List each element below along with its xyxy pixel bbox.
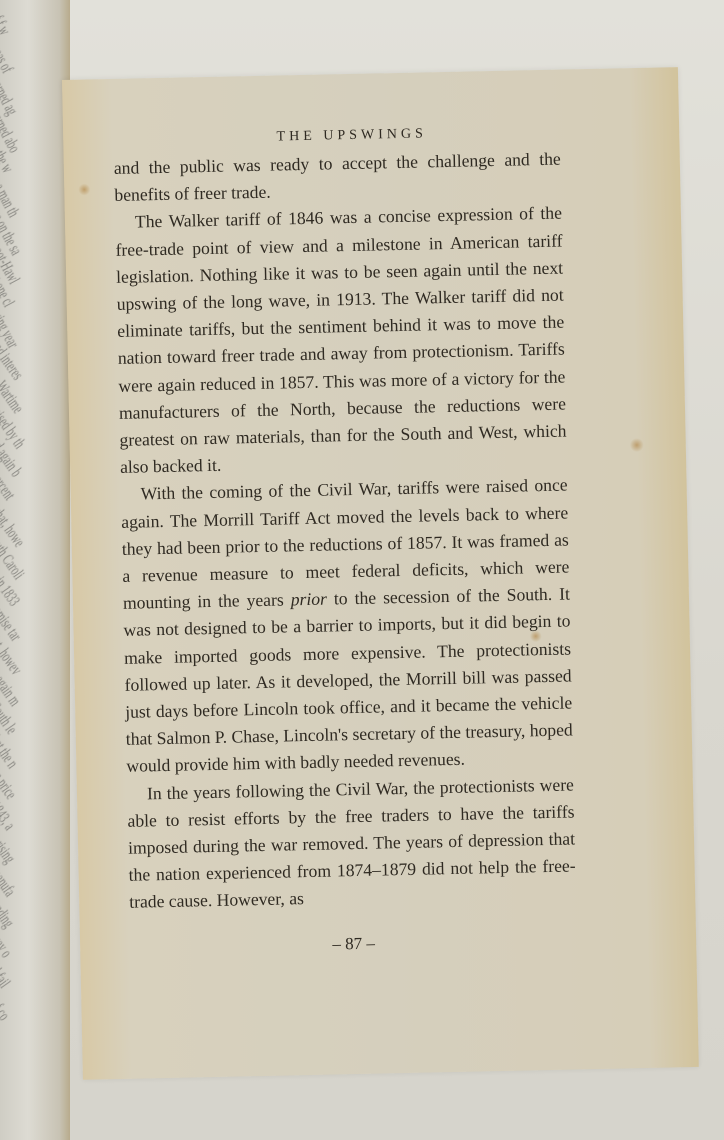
left-facing-page: c f f wareas ofwarned agwarned aboto the… [0, 0, 70, 1140]
page-number: – 87 – [130, 929, 577, 958]
left-page-text-fragment: of co [0, 996, 14, 1024]
paragraph-3: With the coming of the Civil War, tariff… [120, 472, 573, 781]
page-text-block: THE UPSWINGS and the public was ready to… [113, 124, 577, 959]
left-page-text-fragment: manufa [0, 864, 20, 901]
left-page-text-fragment: way o [0, 930, 16, 962]
paragraph-4: In the years following the Civil War, th… [127, 771, 577, 916]
left-page-text-fragment: areas of [0, 39, 17, 77]
left-page-text-fragment: 1843, a [0, 798, 19, 834]
left-page-text-fragment: en price [0, 765, 21, 803]
left-page-text-fragment: onding [0, 897, 18, 932]
running-head: THE UPSWINGS [113, 124, 560, 149]
left-page-text-fragment: d fail [0, 963, 14, 992]
left-page-text-fragment: e rising [0, 831, 19, 867]
page-stain [78, 183, 90, 195]
paragraph-3-text-b: to the secession of the South. It was no… [123, 584, 573, 777]
paragraph-1: and the public was ready to accept the c… [114, 146, 562, 210]
italic-word: prior [291, 589, 328, 610]
left-page-text-fragment: c f f w [0, 6, 14, 39]
page-stain [630, 438, 644, 452]
book-page: THE UPSWINGS and the public was ready to… [62, 67, 699, 1080]
paragraph-2: The Walker tariff of 1846 was a concise … [115, 200, 568, 481]
